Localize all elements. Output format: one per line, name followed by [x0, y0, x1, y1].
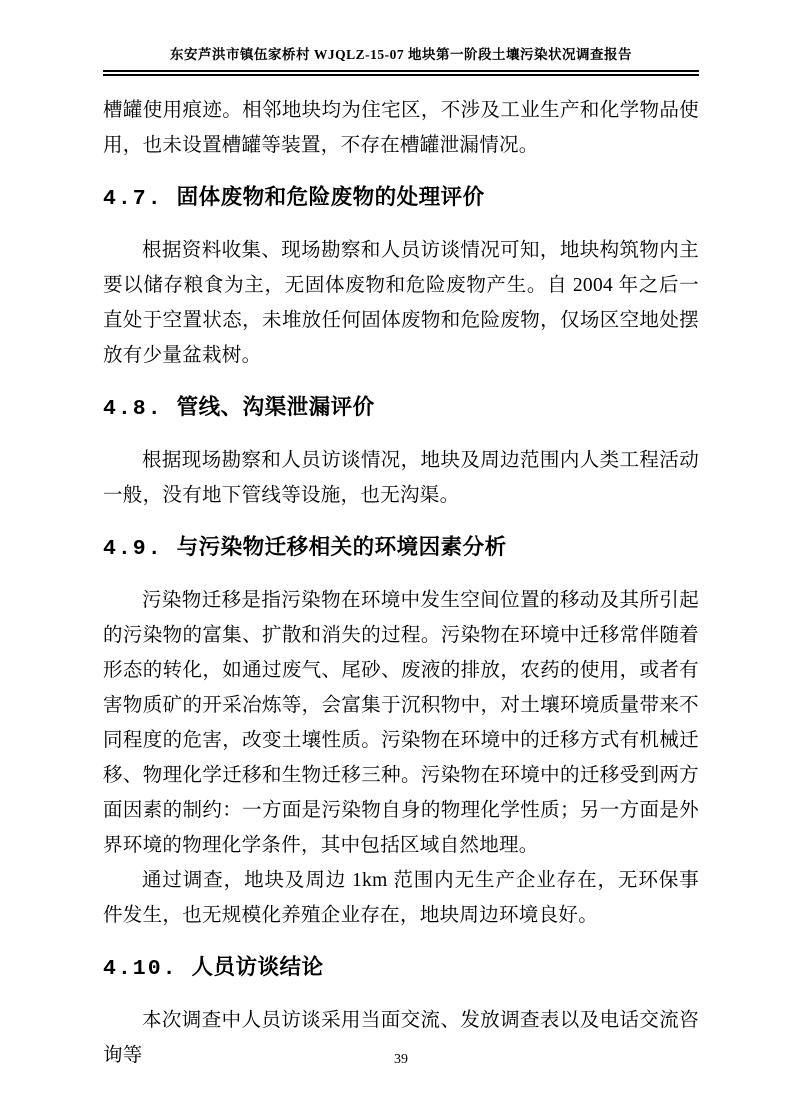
report-page: 东安芦洪市镇伍家桥村 WJQLZ-15-07 地块第一阶段土壤污染状况调查报告 … [0, 0, 790, 1118]
section-4-8-paragraph: 根据现场勘察和人员访谈情况，地块及周边范围内人类工程活动一般，没有地下管线等设施… [103, 443, 699, 513]
section-heading-4-7: 4.7.固体废物和危险废物的处理评价 [103, 183, 699, 213]
section-4-9-paragraph-1: 污染物迁移是指污染物在环境中发生空间位置的移动及其所引起的污染物的富集、扩散和消… [103, 583, 699, 863]
section-4-7-title: 固体废物和危险废物的处理评价 [177, 185, 485, 209]
section-4-9-title: 与污染物迁移相关的环境因素分析 [177, 535, 507, 559]
section-4-10-title: 人员访谈结论 [192, 955, 324, 979]
page-footer: 39 [103, 1050, 699, 1068]
section-heading-4-8: 4.8.管线、沟渠泄漏评价 [103, 393, 699, 423]
section-4-9-number: 4.9. [103, 537, 163, 561]
section-4-8-number: 4.8. [103, 397, 163, 421]
section-4-9-paragraph-2: 通过调查，地块及周边 1km 范围内无生产企业存在，无环保事件发生，也无规模化养… [103, 863, 699, 933]
running-header-title: 东安芦洪市镇伍家桥村 WJQLZ-15-07 地块第一阶段土壤污染状况调查报告 [103, 46, 699, 64]
page-number: 39 [394, 1052, 408, 1067]
section-4-8-title: 管线、沟渠泄漏评价 [177, 395, 375, 419]
section-heading-4-9: 4.9.与污染物迁移相关的环境因素分析 [103, 533, 699, 563]
section-4-10-number: 4.10. [103, 957, 178, 981]
page-header: 东安芦洪市镇伍家桥村 WJQLZ-15-07 地块第一阶段土壤污染状况调查报告 [103, 46, 699, 76]
continuation-paragraph: 槽罐使用痕迹。相邻地块均为住宅区，不涉及工业生产和化学物品使用，也未设置槽罐等装… [103, 93, 699, 163]
page-body: 槽罐使用痕迹。相邻地块均为住宅区，不涉及工业生产和化学物品使用，也未设置槽罐等装… [103, 76, 699, 1073]
section-4-7-paragraph: 根据资料收集、现场勘察和人员访谈情况可知，地块构筑物内主要以储存粮食为主，无固体… [103, 233, 699, 373]
section-4-7-number: 4.7. [103, 187, 163, 211]
section-heading-4-10: 4.10.人员访谈结论 [103, 953, 699, 983]
